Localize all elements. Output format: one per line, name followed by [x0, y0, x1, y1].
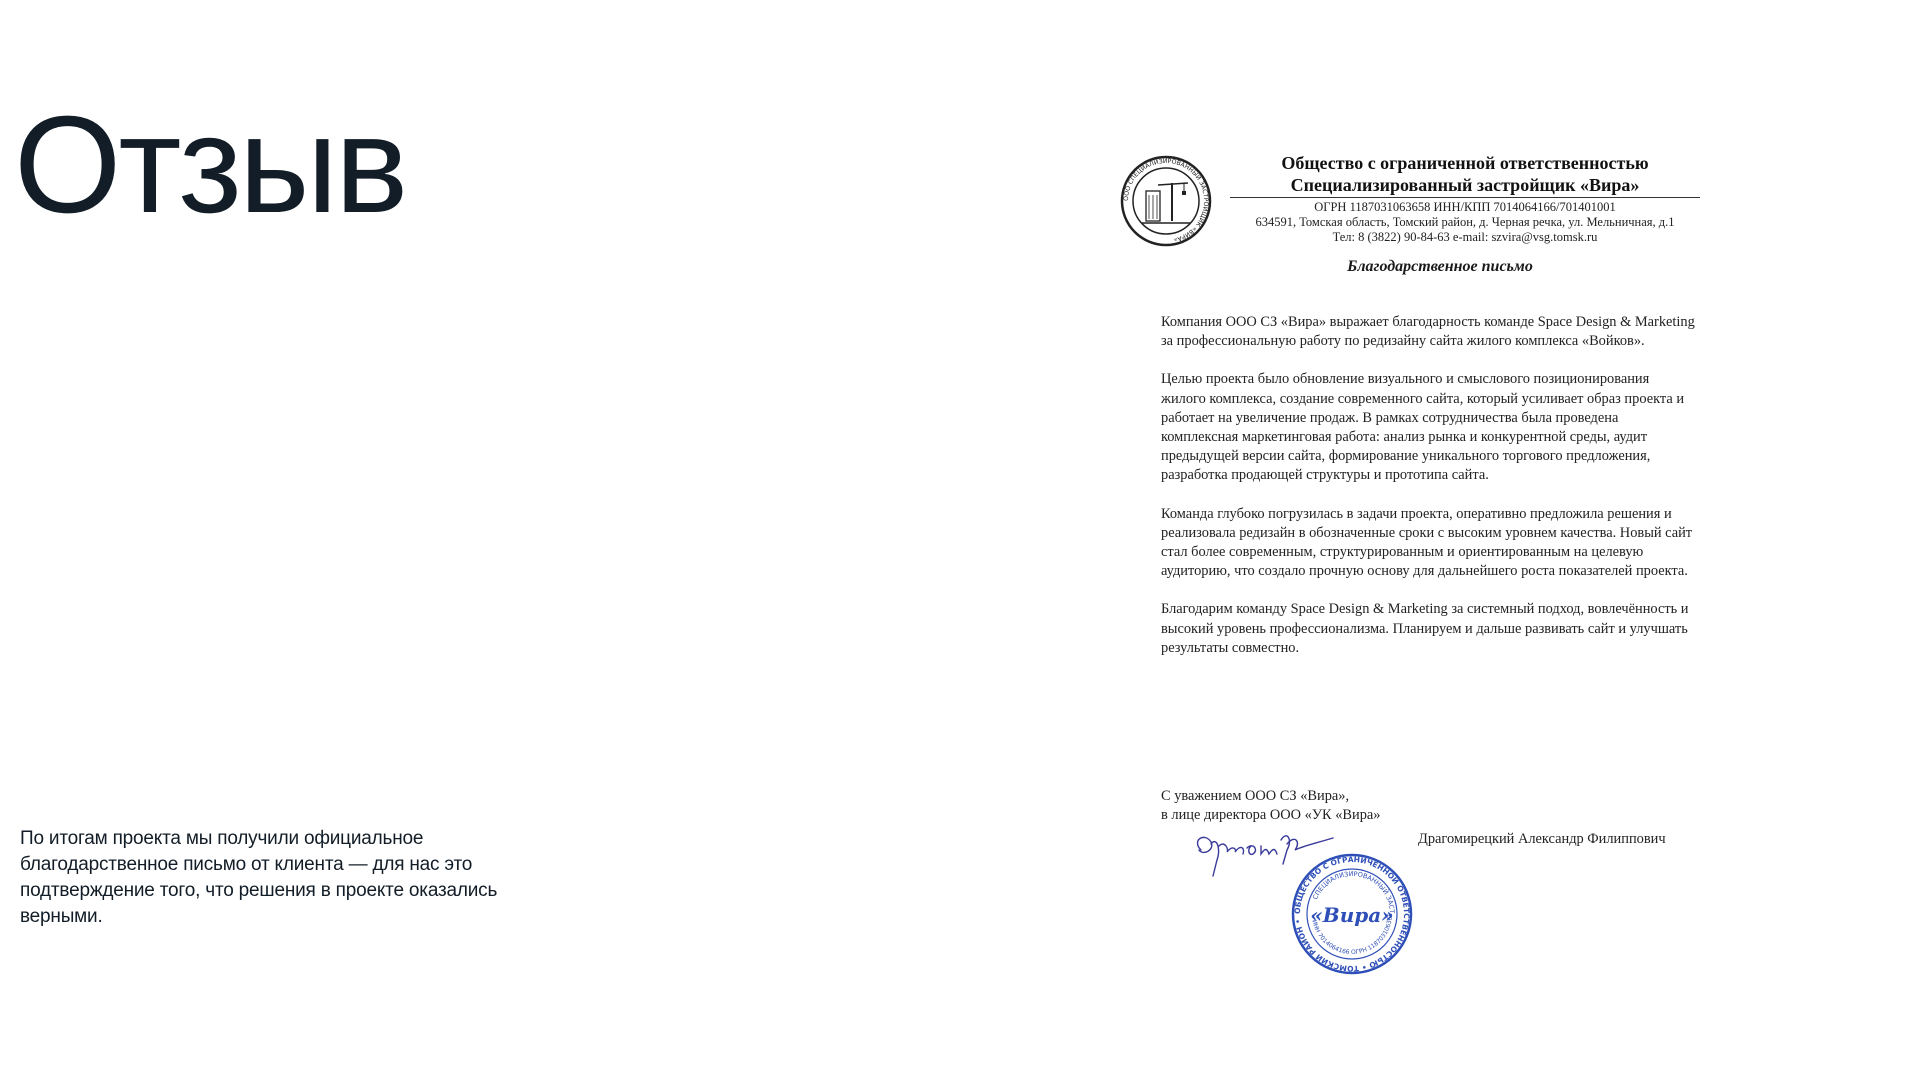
letterhead-divider [1230, 197, 1700, 198]
letterhead: Общество с ограниченной ответственностью… [1230, 152, 1700, 245]
letter-heading: Благодарственное письмо [1110, 258, 1710, 276]
org-name-line2: Специализированный застройщик «Вира» [1230, 174, 1700, 196]
org-registration: ОГРН 1187031063658 ИНН/КПП 7014064166/70… [1230, 200, 1700, 215]
letter-paragraph: Компания ООО СЗ «Вира» выражает благодар… [1161, 313, 1696, 351]
letter-paragraph: Благодарим команду Space Design & Market… [1161, 600, 1696, 658]
org-name-line1: Общество с ограниченной ответственностью [1230, 152, 1700, 174]
intro-text: По итогам проекта мы получили официально… [20, 826, 560, 930]
closing-line: С уважением ООО СЗ «Вира», [1161, 787, 1701, 806]
letter-paragraph: Целью проекта было обновление визуальног… [1161, 370, 1696, 485]
company-stamp-icon: ОБЩЕСТВО С ОГРАНИЧЕННОЙ ОТВЕТСТВЕННОСТЬЮ… [1290, 852, 1414, 976]
svg-text:«Вира»: «Вира» [1310, 903, 1393, 927]
company-logo-icon: ООО СПЕЦИАЛИЗИРОВАННЫЙ ЗАСТРОЙЩИК «ВИРА» [1120, 155, 1212, 247]
letter-body: Компания ООО СЗ «Вира» выражает благодар… [1161, 313, 1696, 677]
page-title: Отзыв [14, 96, 405, 234]
thank-you-letter: ООО СПЕЦИАЛИЗИРОВАННЫЙ ЗАСТРОЙЩИК «ВИРА»… [1110, 140, 1710, 1000]
letter-paragraph: Команда глубоко погрузилась в задачи про… [1161, 505, 1696, 582]
org-address: 634591, Томская область, Томский район, … [1230, 215, 1700, 230]
org-contacts: Тел: 8 (3822) 90-84-63 e-mail: szvira@vs… [1230, 230, 1700, 245]
signer-name: Драгомирецкий Александр Филиппович [1418, 830, 1666, 849]
